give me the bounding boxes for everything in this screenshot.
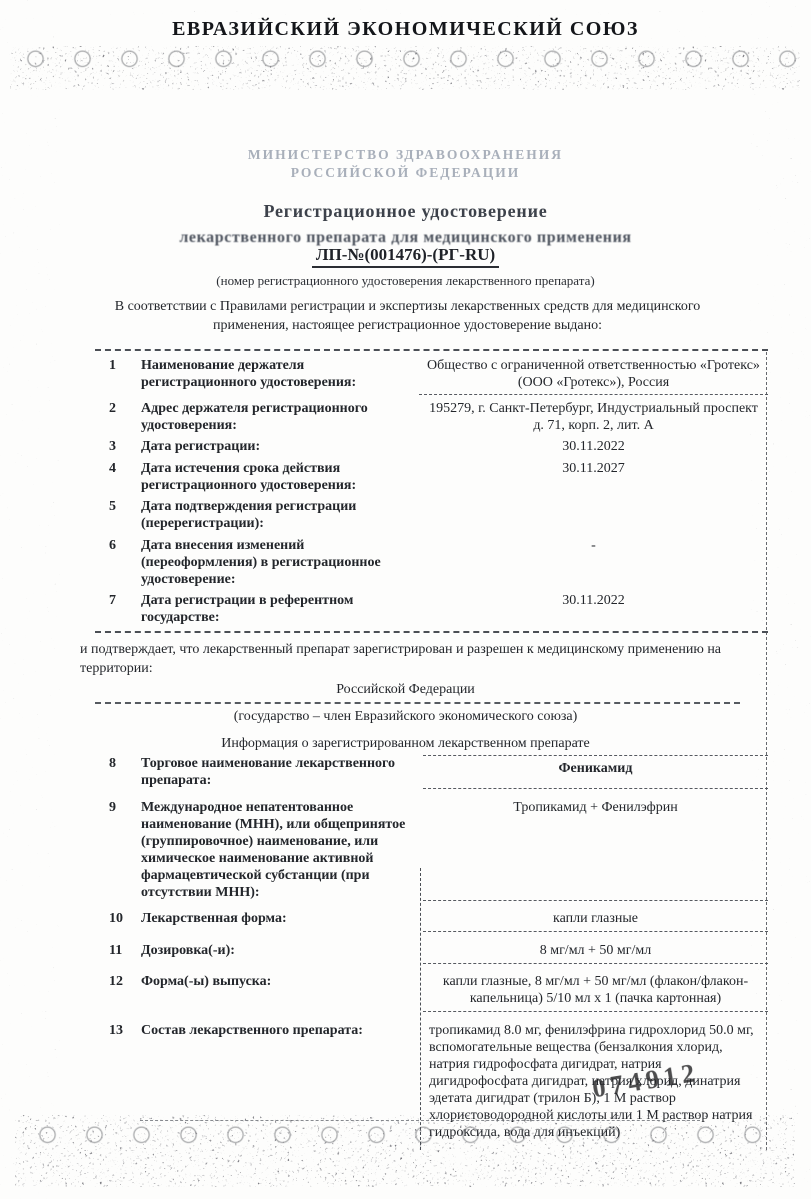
row-number: 2	[95, 400, 141, 417]
row-number: 13	[95, 1022, 141, 1039]
document-page: ЕВРАЗИЙСКИЙ ЭКОНОМИЧЕСКИЙ СОЮЗ МИНИСТЕРС…	[0, 0, 811, 1199]
row-label: Торговое наименование лекарственного пре…	[141, 755, 419, 789]
row-label: Международное непатентованное наименован…	[141, 799, 419, 901]
confirmation-text: и подтверждает, что лекарственный препар…	[80, 640, 772, 678]
row-value: Тропикамид + Фенилэфрин	[423, 799, 768, 901]
row-label: Дата внесения изменений (переоформления)…	[141, 537, 419, 588]
table-row: 10 Лекарственная форма: капли глазные	[95, 910, 768, 932]
table-row: 8 Торговое наименование лекарственного п…	[95, 755, 768, 789]
row-number: 8	[95, 755, 141, 772]
row-value: Феникамид	[423, 755, 768, 789]
table-row: 3 Дата регистрации: 30.11.2022	[95, 438, 768, 455]
row-number: 1	[95, 357, 141, 374]
row-label: Наименование держателя регистрационного …	[141, 357, 419, 391]
ministry-name: МИНИСТЕРСТВО ЗДРАВООХРАНЕНИЯ РОССИЙСКОЙ …	[0, 146, 811, 182]
union-title: ЕВРАЗИЙСКИЙ ЭКОНОМИЧЕСКИЙ СОЮЗ	[0, 18, 811, 41]
row-value: капли глазные, 8 мг/мл + 50 мг/мл (флако…	[423, 973, 768, 1012]
guilloche-band-top	[12, 50, 798, 76]
row-value: 30.11.2022	[419, 438, 768, 455]
row-label: Дата истечения срока действия регистраци…	[141, 460, 419, 494]
row-label: Дата регистрации в референтном государст…	[141, 592, 419, 626]
value-column-left-border	[420, 868, 421, 1150]
row-value: капли глазные	[423, 910, 768, 932]
row-number: 11	[95, 942, 141, 959]
document-title-line1: Регистрационное удостоверение	[0, 201, 811, 222]
row-value: -	[419, 537, 768, 554]
table-row: 5 Дата подтверждения регистрации (перере…	[95, 498, 768, 532]
row-number: 3	[95, 438, 141, 455]
ministry-line1: МИНИСТЕРСТВО ЗДРАВООХРАНЕНИЯ	[0, 146, 811, 164]
ministry-line2: РОССИЙСКОЙ ФЕДЕРАЦИИ	[0, 164, 811, 182]
table-row: 11 Дозировка(-и): 8 мг/мл + 50 мг/мл	[95, 942, 768, 964]
row-label: Дата регистрации:	[141, 438, 419, 455]
table-row: 7 Дата регистрации в референтном государ…	[95, 592, 768, 626]
row-value: 195279, г. Санкт-Петербург, Индустриальн…	[419, 400, 768, 434]
row-value	[419, 498, 768, 515]
table-row: 2 Адрес держателя регистрационного удост…	[95, 400, 768, 434]
territory-divider	[95, 702, 740, 704]
territory-caption: (государство – член Евразийского экономи…	[0, 709, 811, 725]
row-label: Дозировка(-и):	[141, 942, 419, 959]
document-title: Регистрационное удостоверение лекарствен…	[0, 201, 811, 247]
table-row: 6 Дата внесения изменений (переоформлени…	[95, 537, 768, 588]
row-label: Форма(-ы) выпуска:	[141, 973, 419, 990]
row-number: 12	[95, 973, 141, 990]
row-label: Состав лекарственного препарата:	[141, 1022, 419, 1039]
registration-number-wrap: ЛП-№(001476)-(РГ-RU)	[0, 245, 811, 268]
table-row: 12 Форма(-ы) выпуска: капли глазные, 8 м…	[95, 973, 768, 1012]
table-right-border	[766, 352, 767, 1150]
intro-paragraph: В соответствии с Правилами регистрации и…	[85, 297, 730, 335]
registration-number: ЛП-№(001476)-(РГ-RU)	[312, 245, 499, 268]
holder-table: 1 Наименование держателя регистрационног…	[95, 349, 768, 633]
table-row: 9 Международное непатентованное наименов…	[95, 799, 768, 901]
registration-number-caption: (номер регистрационного удостоверения ле…	[0, 273, 811, 289]
row-label: Лекарственная форма:	[141, 910, 419, 927]
row-number: 10	[95, 910, 141, 927]
row-number: 4	[95, 460, 141, 477]
row-number: 5	[95, 498, 141, 515]
row-number: 9	[95, 799, 141, 816]
row-label: Адрес держателя регистрационного удостов…	[141, 400, 419, 434]
row-value: Общество с ограниченной ответственностью…	[419, 357, 768, 395]
row-number: 7	[95, 592, 141, 609]
row-value: 30.11.2027	[419, 460, 768, 477]
product-info-heading: Информация о зарегистрированном лекарств…	[0, 736, 811, 752]
row-value: 8 мг/мл + 50 мг/мл	[423, 942, 768, 964]
bottom-dashed-rule	[140, 1120, 700, 1121]
row-number: 6	[95, 537, 141, 554]
row-value: 30.11.2022	[419, 592, 768, 609]
row-label: Дата подтверждения регистрации (перереги…	[141, 498, 419, 532]
table-row: 4 Дата истечения срока действия регистра…	[95, 460, 768, 494]
table-row: 1 Наименование держателя регистрационног…	[95, 357, 768, 395]
territory-name: Российской Федерации	[0, 682, 811, 698]
